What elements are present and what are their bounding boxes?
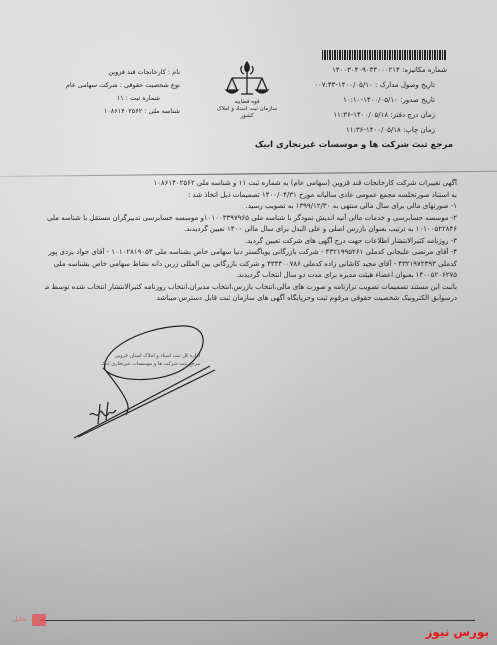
- registration-number: شماره ثبت : ۱۱: [60, 92, 180, 105]
- header-divider: [0, 171, 497, 177]
- signature: [60, 320, 260, 450]
- emblem-caption-line1: قوه قضاییه: [212, 99, 282, 106]
- footer-divider: [40, 620, 475, 621]
- body-line: کدملی ۴۳۲۱۹۷۲۴۹۳ - آقای مجید کاشانی زاده…: [45, 259, 457, 271]
- company-name: نام : کارخانجات قند قزوین: [60, 66, 180, 79]
- national-id: شناسه ملی : ۱۰۸۶۱۴۰۲۵۶۲: [60, 105, 180, 118]
- body-line: ۲- موسسه حسابرسی و خدمات مالی آتیه اندیش…: [45, 213, 457, 225]
- news-logo-text: تحلیل: [13, 616, 27, 623]
- doc-received-date: تاریخ وصول مدارک : ۱۴۰۰/۰۵/۱۰-۰۰۷:۴۳: [247, 78, 447, 93]
- body-line: آگهی تغییرات شرکت کارخانجات قند قزوین (س…: [45, 178, 457, 190]
- announcement-body: آگهی تغییرات شرکت کارخانجات قند قزوین (س…: [45, 178, 457, 305]
- body-line: ۱۰۱۰۰۵۲۲۸۴۶ به ترتیب بعنوان بازرس اصلی و…: [45, 224, 457, 236]
- news-logo-icon: [32, 614, 46, 626]
- company-meta-left: نام : کارخانجات قند قزوین نوع شخصیت حقوق…: [60, 66, 180, 118]
- barcode: [322, 50, 446, 60]
- body-line: درسوابق الکترونیک شخصیت حقوقی مرقوم ثبت …: [45, 293, 457, 305]
- brand-watermark: بورس نیوز: [425, 625, 489, 639]
- body-line: ۱- صورتهای مالی برای سال مالی منتهی به ۱…: [45, 201, 457, 213]
- body-line: ۴- آقای مرتضی علیجانی کدملی ۴۳۲۱۹۹۵۲۶۱ -…: [45, 247, 457, 259]
- body-line: به استناد صورتجلسه مجمع عمومی عادی سالیا…: [45, 190, 457, 202]
- registry-authority: مرجع ثبت شرکت ها و موسسات غیرتجاری ابیک: [255, 140, 453, 150]
- letter-number: شماره مکانیزه: ۱۴۰۰۳۰۴۰۹۰۳۳۰۰۰۲۱۴: [247, 63, 447, 78]
- body-line: باثبت این مستند تصمیمات تصویب ترازنامه و…: [45, 282, 457, 294]
- emblem-caption-line2: سازمان ثبت اسناد و املاک کشور: [212, 106, 282, 120]
- print-time: زمان چاپ: ۱۴۰۰/۰۵/۱۸-۱۱:۳۶: [247, 123, 447, 138]
- legal-entity-type: نوع شخصیت حقوقی : شرکت سهامی عام: [60, 79, 180, 92]
- emblem-caption: قوه قضاییه سازمان ثبت اسناد و املاک کشور: [212, 99, 282, 120]
- body-line: ۱۴۰۰۵۲۰۶۲۷۵ بعنوان اعضاء هیئت مدیره برای…: [45, 270, 457, 282]
- document-page: شماره مکانیزه: ۱۴۰۰۳۰۴۰۹۰۳۳۰۰۰۲۱۴ تاریخ …: [0, 0, 497, 645]
- body-line: ۳- روزنامه کثیرالانتشار اطلاعات جهت درج …: [45, 236, 457, 248]
